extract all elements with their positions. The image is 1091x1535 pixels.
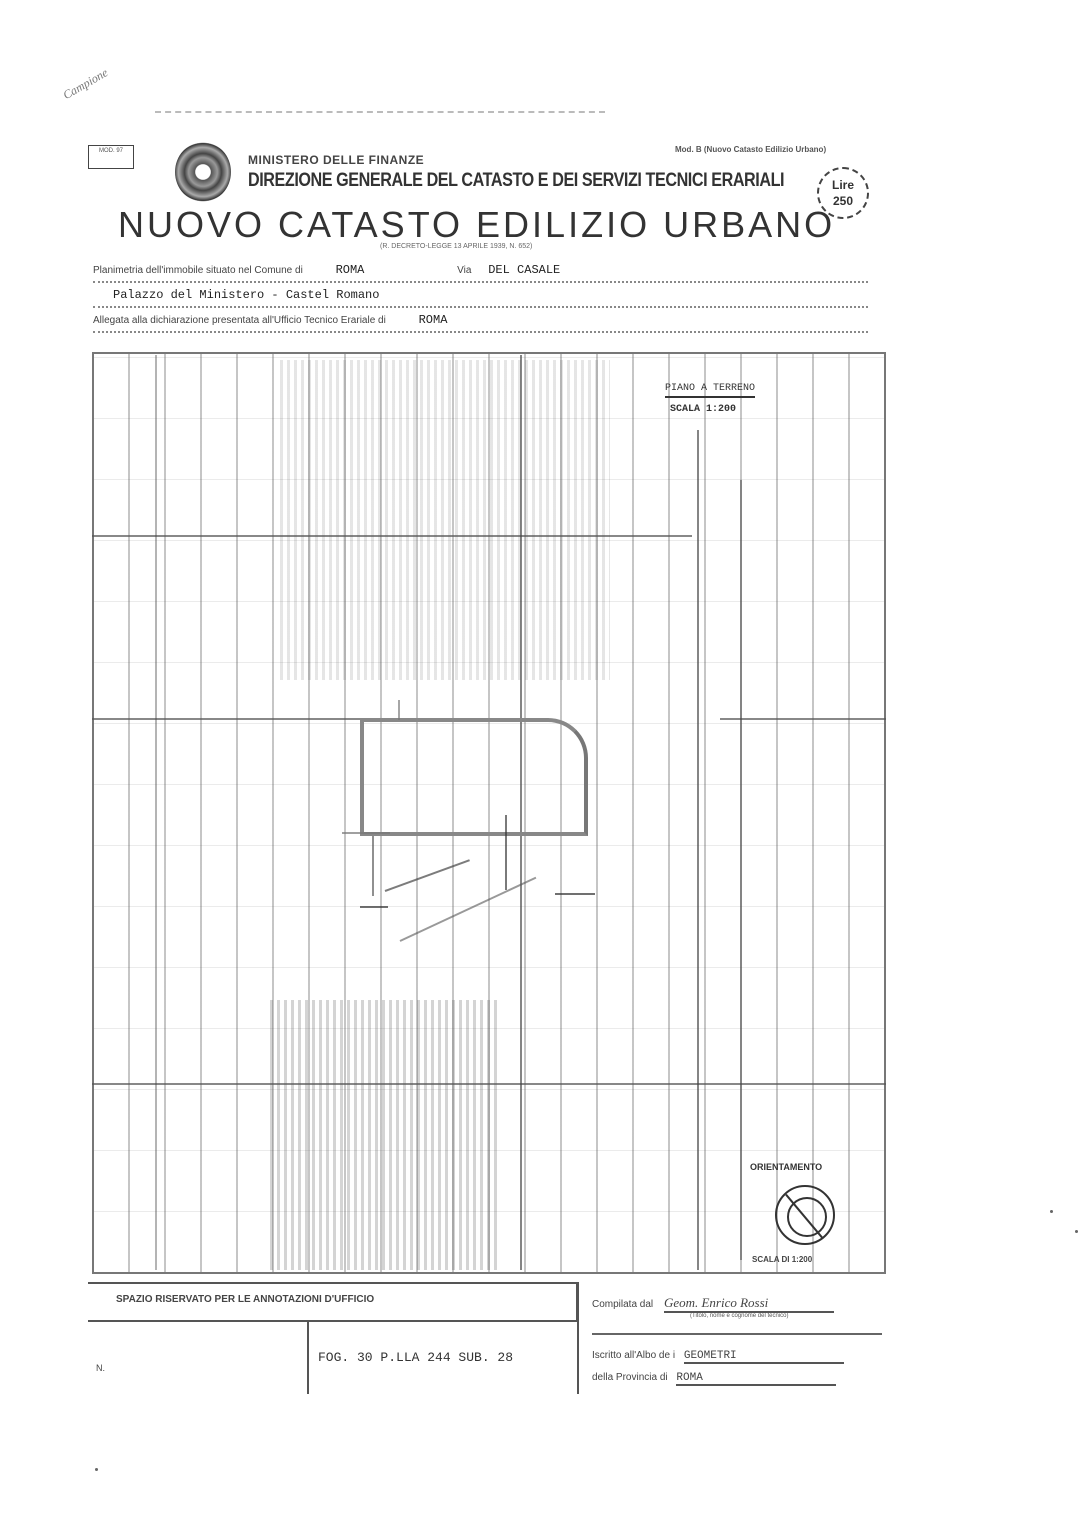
scale-label: SCALA 1:200 [670, 404, 736, 415]
scan-speck [95, 1468, 98, 1471]
compiled-by-label: Compilata dal [592, 1299, 653, 1310]
grid-line [92, 1083, 886, 1085]
grid-line [697, 430, 699, 1270]
wall-segment [505, 815, 507, 890]
reserved-space-heading: SPAZIO RISERVATO PER LE ANNOTAZIONI D'UF… [88, 1282, 578, 1322]
registered-label: Iscritto all'Albo de i [592, 1350, 675, 1361]
ministry-heading: MINISTERO DELLE FINANZE [248, 153, 424, 167]
field-row-address: Palazzo del Ministero - Castel Romano [93, 288, 868, 308]
grid-line [92, 718, 392, 720]
number-mark: N. [96, 1363, 105, 1373]
entrance-mark [398, 700, 400, 720]
form-box: MOD. 97 [88, 145, 134, 169]
directorate-heading: DIREZIONE GENERALE DEL CATASTO E DEI SER… [248, 170, 784, 192]
model-reference: Mod. B (Nuovo Catasto Edilizio Urbano) [675, 145, 826, 154]
address-value: Palazzo del Ministero - Castel Romano [113, 288, 379, 302]
wall-segment [372, 836, 374, 896]
grid-line [155, 355, 157, 1270]
grid-line [92, 535, 692, 537]
document-subtitle: (R. DECRETO-LEGGE 13 APRILE 1939, N. 652… [380, 243, 532, 250]
grid-line [740, 480, 742, 1260]
registered-row: Iscritto all'Albo de i GEOMETRI [592, 1350, 844, 1364]
comune-label: Planimetria dell'immobile situato nel Co… [93, 265, 303, 276]
orientation-title: ORIENTAMENTO [750, 1162, 822, 1172]
province-label: della Provincia di [592, 1372, 668, 1383]
scan-noise [270, 1000, 500, 1270]
registered-value: GEOMETRI [684, 1350, 844, 1364]
via-value: DEL CASALE [488, 263, 560, 277]
floor-label: PIANO A TERRENO [665, 383, 755, 398]
ufficio-label: Allegata alla dichiarazione presentata a… [93, 315, 386, 326]
room-outline [360, 718, 588, 836]
divider [307, 1322, 309, 1394]
document-title: NUOVO CATASTO EDILIZIO URBANO [118, 204, 835, 246]
comune-value: ROMA [336, 263, 365, 277]
compiled-by-value: Geom. Enrico Rossi [664, 1295, 834, 1313]
scan-noise [280, 360, 610, 680]
compiled-by-caption: (Titolo, nome e cognome del tecnico) [690, 1313, 789, 1319]
wall-segment [342, 832, 390, 834]
wall-segment [360, 906, 388, 908]
field-row-ufficio: Allegata alla dichiarazione presentata a… [93, 313, 868, 333]
top-divider [155, 111, 605, 114]
wall-segment [555, 893, 595, 895]
field-row-comune: Planimetria dell'immobile situato nel Co… [93, 263, 868, 283]
price-value: 250 [819, 193, 867, 209]
price-label: Lire [819, 177, 867, 193]
compiled-by-row: Compilata dal Geom. Enrico Rossi [592, 1295, 834, 1313]
province-value: ROMA [676, 1372, 836, 1386]
divider [577, 1282, 579, 1394]
margin-stamp: Campione [61, 65, 111, 103]
scan-speck [1050, 1210, 1053, 1213]
republic-emblem-icon [175, 142, 231, 202]
ufficio-value: ROMA [419, 313, 448, 327]
scale-note: SCALA DI 1:200 [752, 1255, 812, 1264]
divider [592, 1333, 882, 1335]
scan-speck [1075, 1230, 1078, 1233]
grid-line [720, 718, 886, 720]
sheet-reference: FOG. 30 P.LLA 244 SUB. 28 [318, 1350, 513, 1365]
price-stamp: Lire 250 [817, 167, 869, 219]
province-row: della Provincia di ROMA [592, 1372, 836, 1386]
via-label: Via [457, 265, 471, 276]
